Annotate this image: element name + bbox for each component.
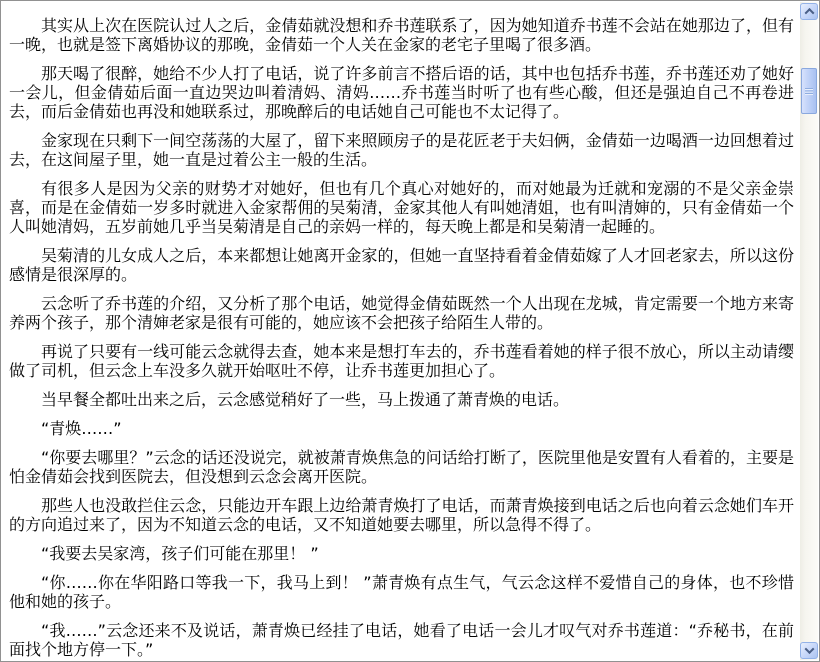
thumb-grip-icon <box>805 88 813 95</box>
paragraph-12: “我要去吴家湾，孩子们可能在那里！ ” <box>9 544 794 563</box>
paragraph-10: “你要去哪里？”云念的话还没说完，就被萧青焕焦急的问话给打断了，医院里他是安置有… <box>9 448 794 486</box>
paragraph-4: 有很多人是因为父亲的财势才对她好，但也有几个真心对她好的，而对她最为迁就和宠溺的… <box>9 179 794 236</box>
paragraph-14: “我……”云念还来不及说话，萧青焕已经挂了电话，她看了电话一会儿才叹气对乔书莲道… <box>9 621 794 659</box>
scroll-up-button[interactable] <box>800 3 818 20</box>
scroll-down-button[interactable] <box>800 642 818 659</box>
paragraph-7: 再说了只要有一线可能云念就得去查，她本来是想打车去的，乔书莲看着她的样子很不放心… <box>9 342 794 380</box>
document-page: 其实从上次在医院认过人之后，金倩茹就没想和乔书莲联系了，因为她知道乔书莲不会站在… <box>0 0 820 662</box>
scrollbar-track[interactable] <box>800 20 818 642</box>
paragraph-1: 其实从上次在医院认过人之后，金倩茹就没想和乔书莲联系了，因为她知道乔书莲不会站在… <box>9 16 794 54</box>
paragraph-11: 那些人也没敢拦住云念，只能边开车跟上边给萧青焕打了电话，而萧青焕接到电话之后也向… <box>9 496 794 534</box>
scrollbar-thumb[interactable] <box>801 68 817 114</box>
paragraph-8: 当早餐全都吐出来之后，云念感觉稍好了一些，马上拨通了萧青焕的电话。 <box>9 390 794 409</box>
paragraph-13: “你……你在华阳路口等我一下，我马上到！ ”萧青焕有点生气，气云念这样不爱惜自己… <box>9 573 794 611</box>
paragraph-2: 那天喝了很醉，她给不少人打了电话，说了许多前言不搭后语的话，其中也包括乔书莲，乔… <box>9 64 794 121</box>
chevron-down-icon <box>804 644 814 654</box>
chevron-up-icon <box>804 8 814 18</box>
vertical-scrollbar[interactable] <box>800 2 818 660</box>
paragraph-5: 吴菊清的儿女成人之后，本来都想让她离开金家的，但她一直坚持看着金倩茹嫁了人才回老… <box>9 246 794 284</box>
paragraph-3: 金家现在只剩下一间空荡荡的大屋了，留下来照顾房子的是花匠老于夫妇俩，金倩茹一边喝… <box>9 131 794 169</box>
paragraph-6: 云念听了乔书莲的介绍，又分析了那个电话，她觉得金倩茹既然一个人出现在龙城，肯定需… <box>9 294 794 332</box>
novel-text-body: 其实从上次在医院认过人之后，金倩茹就没想和乔书莲联系了，因为她知道乔书莲不会站在… <box>1 1 800 661</box>
paragraph-9: “青焕……” <box>9 419 794 438</box>
